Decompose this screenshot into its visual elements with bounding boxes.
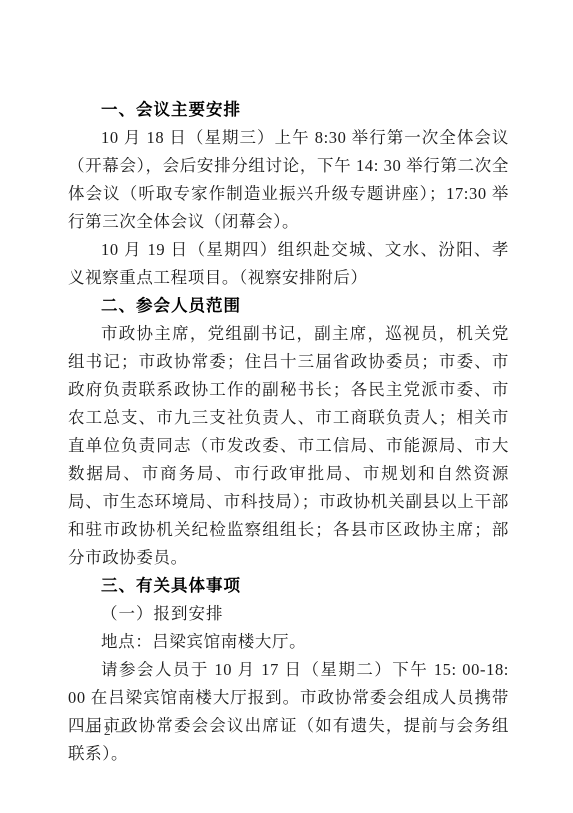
page-number: — 2 — (85, 722, 131, 740)
paragraph-schedule-day1: 10 月 18 日（星期三）上午 8:30 举行第一次全体会议（开幕会），会后安… (68, 124, 509, 236)
paragraph-attendees: 市政协主席，党组副书记，副主席，巡视员，机关党组书记；市政协常委；住吕十三届省政… (68, 320, 509, 572)
document-page: 一、会议主要安排 10 月 18 日（星期三）上午 8:30 举行第一次全体会议… (0, 0, 573, 813)
sub-heading-checkin: （一）报到安排 (68, 600, 509, 628)
paragraph-checkin-time: 请参会人员于 10 月 17 日（星期二）下午 15: 00-18: 00 在吕… (68, 656, 509, 768)
section-heading-3: 三、有关具体事项 (68, 572, 509, 600)
section-heading-2: 二、参会人员范围 (68, 292, 509, 320)
section-heading-1: 一、会议主要安排 (68, 96, 509, 124)
document-body: 一、会议主要安排 10 月 18 日（星期三）上午 8:30 举行第一次全体会议… (68, 96, 509, 768)
paragraph-schedule-day2: 10 月 19 日（星期四）组织赴交城、文水、汾阳、孝义视察重点工程项目。（视察… (68, 236, 509, 292)
paragraph-location: 地点：吕梁宾馆南楼大厅。 (68, 628, 509, 656)
